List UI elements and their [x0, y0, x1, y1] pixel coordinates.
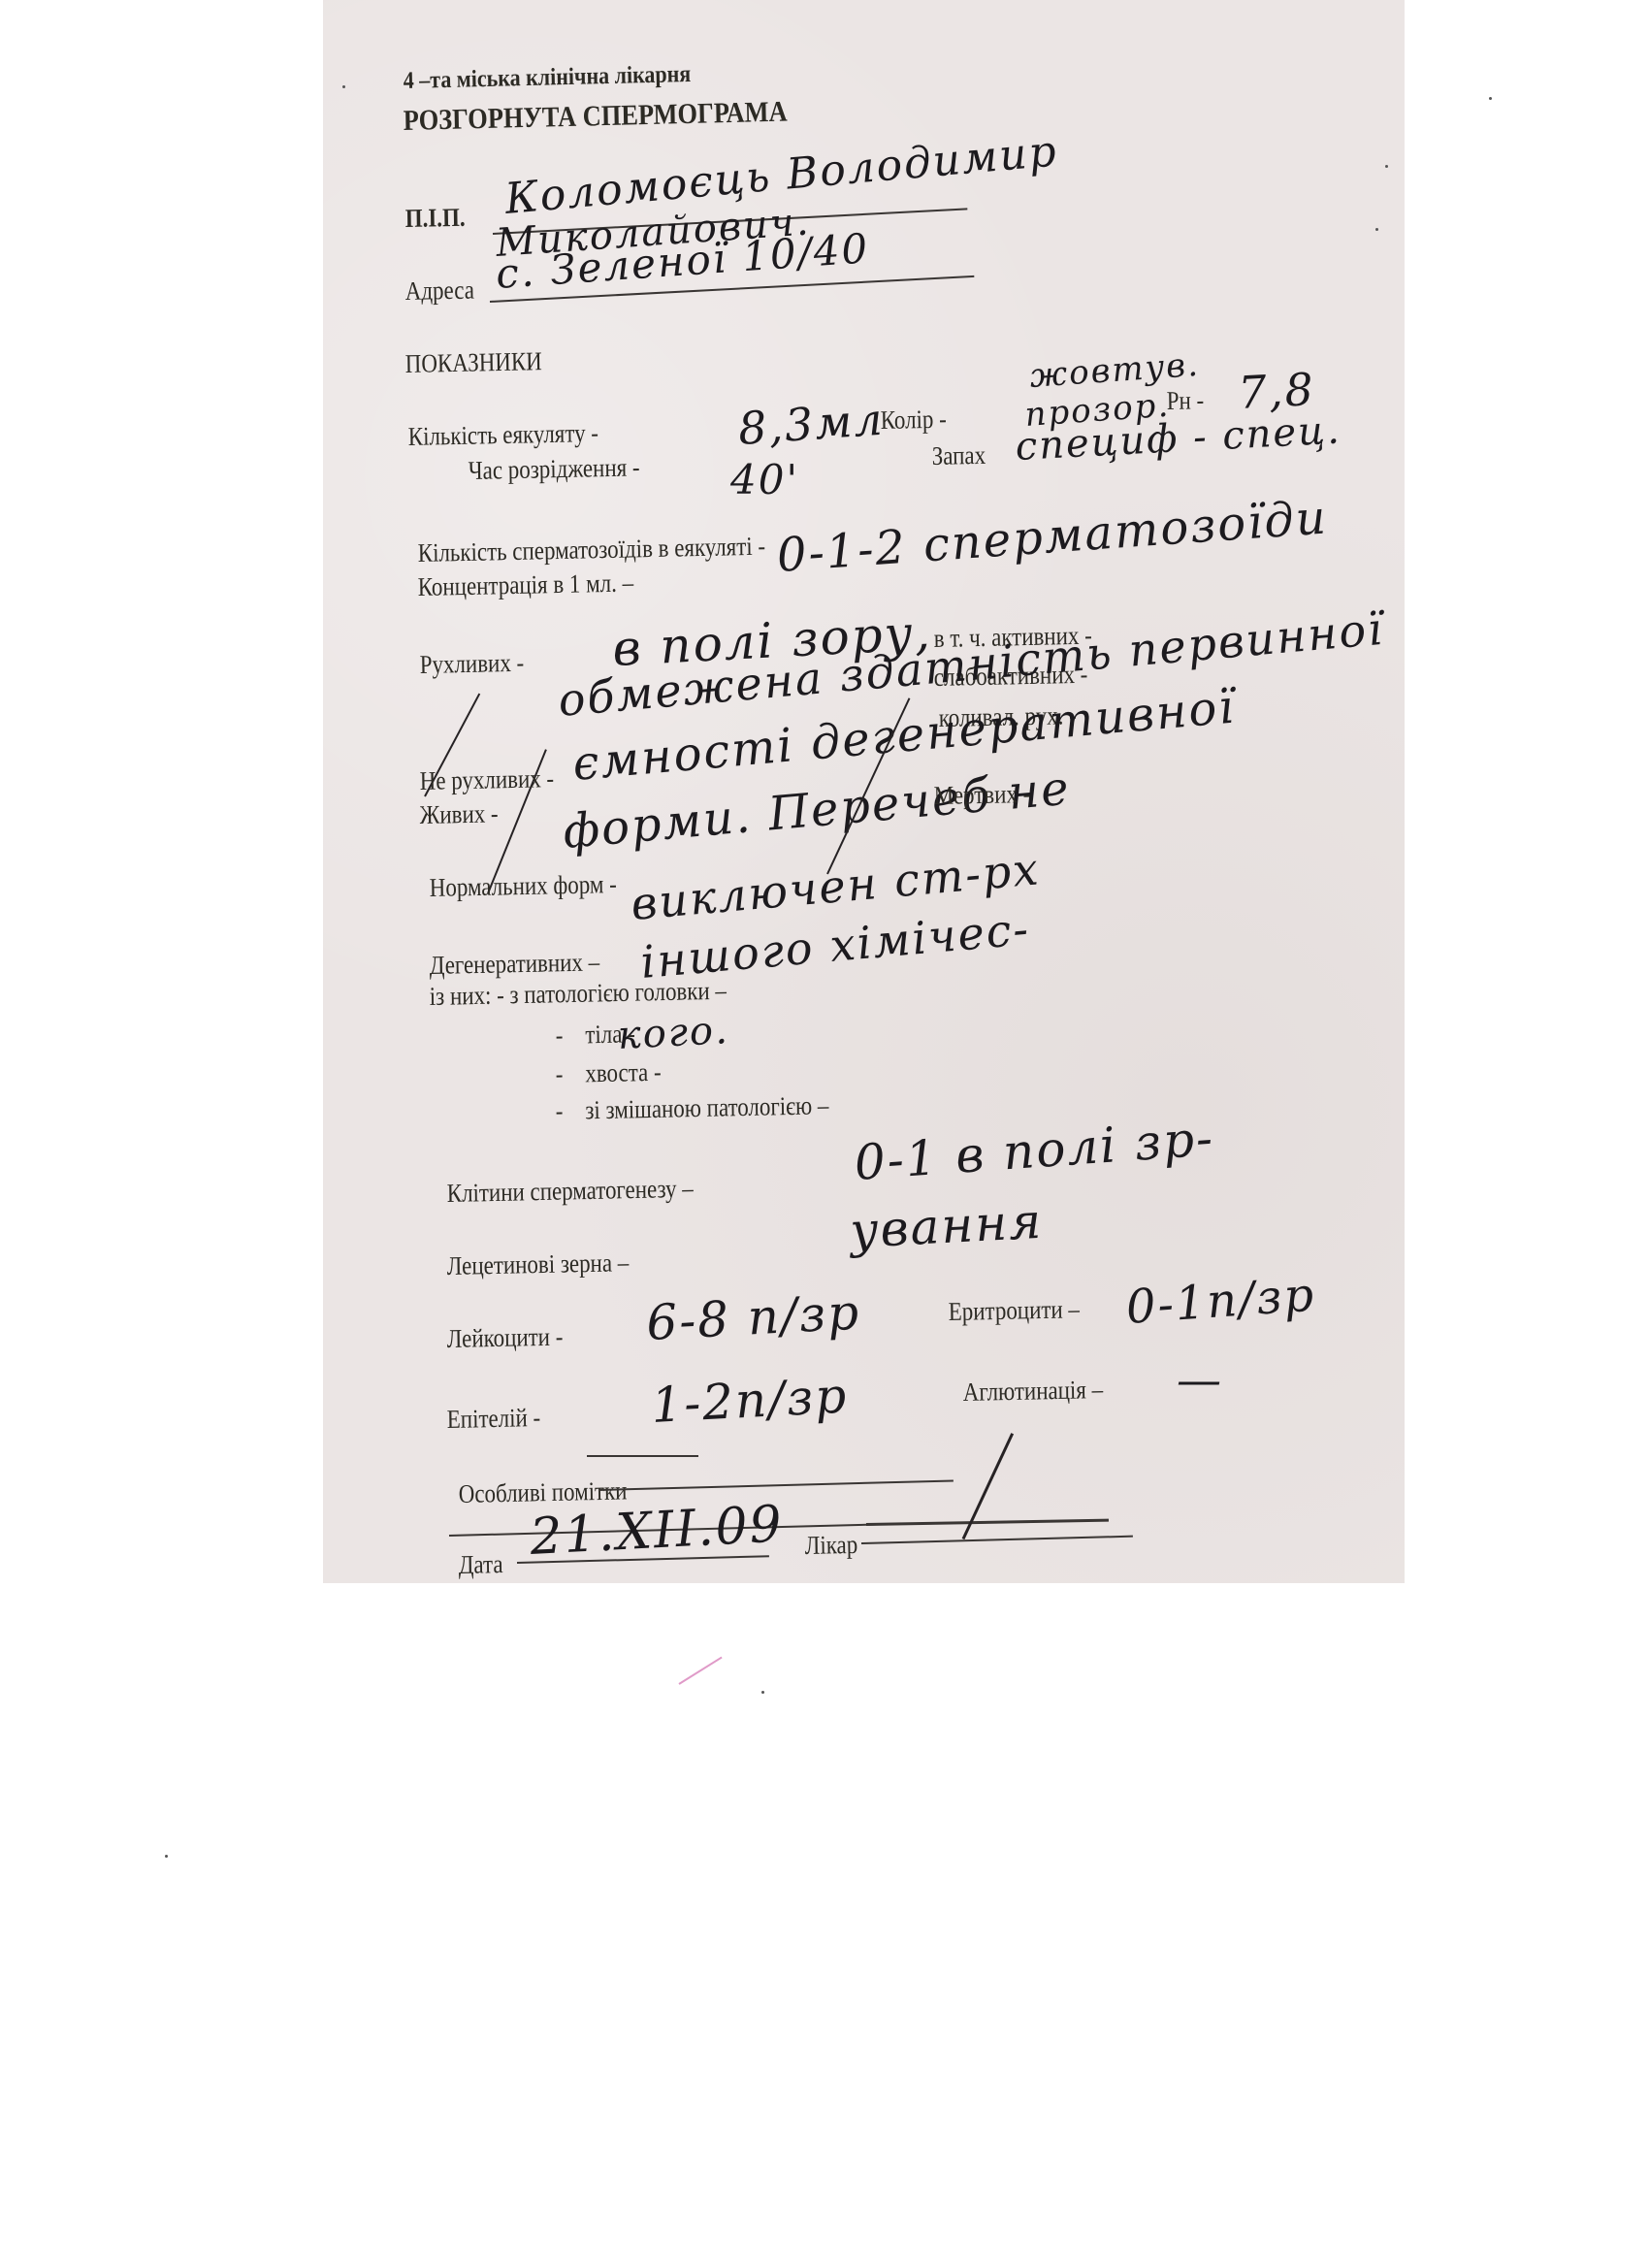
erythrocytes-label: Еритроцити – [949, 1294, 1081, 1327]
stray-speck [165, 1855, 168, 1858]
motile-label: Рухливих - [420, 648, 525, 680]
stray-speck [761, 1691, 764, 1694]
ph-label: Рн - [1167, 385, 1205, 416]
stray-pink-mark [678, 1657, 722, 1685]
immotile-label: Не рухливих - [420, 763, 555, 796]
dead-label: Мертвих - [934, 779, 1031, 811]
ejaculate-volume-label: Кількість еякуляту - [408, 418, 599, 452]
body-pathology-label: - тіла - [556, 1019, 635, 1051]
name-label: П.І.П. [405, 203, 466, 234]
normal-forms-label: Нормальних форм - [430, 869, 617, 903]
of-them-head-pathology-label: із них: - з патологією головки – [430, 976, 727, 1012]
degenerative-label: Дегенеративних – [430, 947, 600, 981]
indicators-heading: ПОКАЗНИКИ [405, 346, 542, 379]
liquefaction-time-label: Час розрідження - [469, 452, 640, 486]
spermatogenesis-cells-value-line2[interactable]: ування [849, 1193, 1045, 1259]
agglutination-label: Аглютинація – [963, 1375, 1104, 1408]
hospital-name: 4 –та міська клінічна лікарня [403, 61, 691, 95]
mixed-pathology-label: - зі змішаною патологією – [556, 1090, 829, 1126]
epithelium-label: Епітелій - [447, 1403, 541, 1435]
stray-speck [1489, 97, 1492, 100]
concentration-label: Концентрація в 1 мл. – [418, 567, 634, 602]
paper-speck [342, 85, 345, 88]
spermogram-form-sheet: 4 –та міська клінічна лікарня РОЗГОРНУТА… [323, 0, 1405, 1583]
erythrocytes-value[interactable]: 0-1п/зр [1124, 1268, 1317, 1335]
tail-pathology-label: - хвоста - [556, 1057, 662, 1089]
date-label: Дата [459, 1549, 503, 1580]
doctor-label: Лікар [805, 1530, 858, 1561]
form-title: РОЗГОРНУТА СПЕРМОГРАМА [403, 96, 788, 138]
lecithin-grains-label: Лецетинові зерна – [447, 1247, 630, 1281]
epithelium-value[interactable]: 1-2п/зр [650, 1367, 850, 1434]
concentration-value[interactable]: 0-1-2 сперматозоїди [775, 490, 1329, 583]
pen-line [587, 1455, 698, 1457]
sperm-count-label: Кількість сперматозоїдів в еякуляті - [418, 532, 766, 568]
signature-stroke [866, 1519, 1109, 1526]
leukocytes-value[interactable]: 6-8 п/зр [645, 1284, 861, 1351]
doctor-underline [861, 1536, 1133, 1544]
alive-label: Живих - [420, 798, 499, 830]
agglutination-value[interactable]: — [1177, 1353, 1223, 1406]
paper-speck [1375, 228, 1378, 231]
color-label: Колір - [881, 405, 947, 436]
ejaculate-volume-value[interactable]: 8,3мл [736, 393, 886, 455]
leukocytes-label: Лейкоцити - [447, 1322, 564, 1354]
paper-speck [1385, 165, 1388, 168]
liquefaction-time-value[interactable]: 40' [730, 456, 799, 503]
spermatogenesis-cells-value-line1[interactable]: 0-1 в полі зр- [853, 1110, 1216, 1191]
spermatogenesis-cells-label: Клітини сперматогенезу – [447, 1174, 694, 1209]
address-label: Адреса [405, 275, 475, 307]
special-notes-underline[interactable] [599, 1479, 954, 1491]
odor-label: Запах [932, 440, 986, 471]
